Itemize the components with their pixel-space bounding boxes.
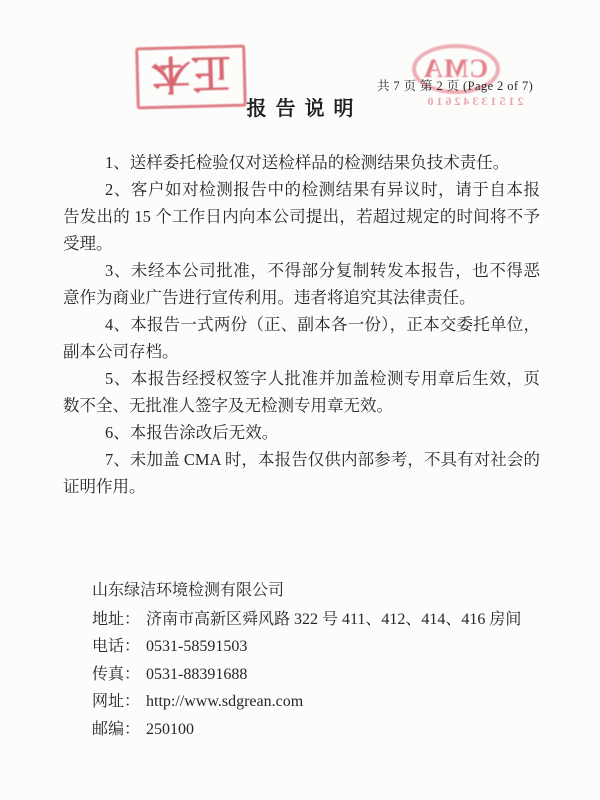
page-title: 报告说明	[0, 92, 600, 121]
phone-label: 电话：	[92, 638, 140, 655]
postcode-label: 邮编：	[92, 721, 140, 738]
report-notes-list: 1、送样委托检验仅对送检样品的检测结果负技术责任。 2、客户如对检测报告中的检测…	[63, 149, 540, 500]
note-item-6: 6、本报告涂改后无效。	[63, 419, 540, 446]
fax-value: 0531-88391688	[146, 666, 247, 683]
page-number-info: 共 7 页 第 2 页 (Page 2 of 7)	[377, 76, 533, 94]
postcode-value: 250100	[146, 721, 194, 738]
note-item-3: 3、未经本公司批准，不得部分复制转发本报告，也不得恶意作为商业广告进行宣传利用。…	[63, 257, 540, 311]
company-name: 山东绿洁环境检测有限公司	[92, 577, 521, 605]
scanned-report-page: 正本 CMA 21513342610 共 7 页 第 2 页 (Page 2 o…	[0, 0, 600, 800]
note-item-5: 5、本报告经授权签字人批准并加盖检测专用章后生效，页数不全、无批准人签字及无检测…	[63, 365, 540, 419]
note-item-4: 4、本报告一式两份（正、副本各一份），正本交委托单位，副本公司存档。	[63, 311, 540, 365]
contact-row-website: 网址：http://www.sdgrean.com	[92, 688, 521, 716]
note-item-7: 7、未加盖 CMA 时，本报告仅供内部参考，不具有对社会的证明作用。	[63, 446, 540, 500]
contact-row-address: 地址：济南市高新区舜风路 322 号 411、412、414、416 房间	[92, 606, 521, 634]
website-value: http://www.sdgrean.com	[146, 693, 303, 710]
contact-row-postcode: 邮编：250100	[92, 716, 521, 744]
address-label: 地址：	[92, 611, 140, 628]
note-item-2: 2、客户如对检测报告中的检测结果有异议时，请于自本报告发出的 15 个工作日内向…	[63, 176, 540, 257]
website-label: 网址：	[92, 693, 140, 710]
fax-label: 传真：	[92, 666, 140, 683]
address-value: 济南市高新区舜风路 322 号 411、412、414、416 房间	[146, 611, 521, 628]
note-item-1: 1、送样委托检验仅对送检样品的检测结果负技术责任。	[63, 149, 540, 176]
contact-row-fax: 传真：0531-88391688	[92, 661, 521, 689]
phone-value: 0531-58591503	[146, 638, 247, 655]
contact-row-phone: 电话：0531-58591503	[92, 633, 521, 661]
company-contact-block: 山东绿洁环境检测有限公司 地址：济南市高新区舜风路 322 号 411、412、…	[92, 577, 521, 743]
